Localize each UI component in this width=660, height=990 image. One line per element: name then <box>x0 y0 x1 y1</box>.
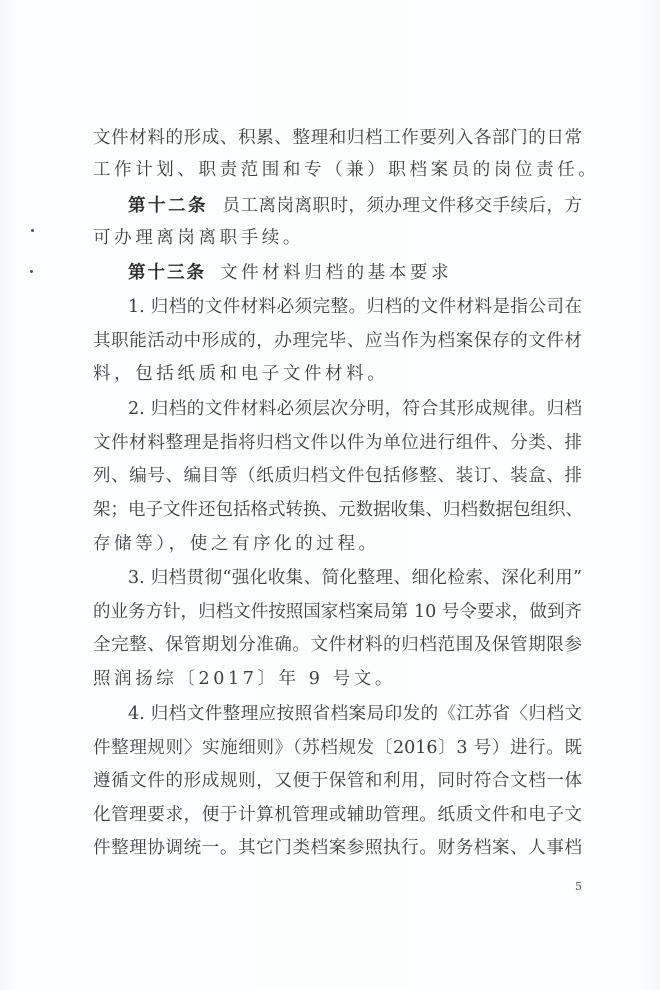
body-line: 化管理要求，便于计算机管理或辅助管理。纸质文件和电子文 <box>93 803 582 827</box>
body-line: 工作计划、职责范围和专（兼）职档案员的岗位责任。 <box>93 158 582 182</box>
body-line: 2. 归档的文件材料必须层次分明，符合其形成规律。归档 <box>128 397 582 421</box>
body-line: 文件材料的形成、积累、整理和归档工作要列入各部门的日常 <box>93 126 582 150</box>
body-line: 的业务方针，归档文件按照国家档案局第 10 号令要求，做到齐 <box>93 600 582 624</box>
body-line: 4. 归档文件整理应按照省档案局印发的《江苏省〈归档文 <box>128 702 582 726</box>
margin-mark <box>31 229 34 232</box>
body-line: 存储等），使之有序化的过程。 <box>93 532 582 556</box>
body-line: 文件材料整理是指将归档文件以件为单位进行组件、分类、排 <box>93 431 582 455</box>
body-line: 件整理协调统一。其它门类档案参照执行。财务档案、人事档 <box>93 836 582 860</box>
body-line: 可办理离岗离职手续。 <box>93 226 582 250</box>
body-line: 料，包括纸质和电子文件材料。 <box>93 362 582 386</box>
page-number: 5 <box>575 880 582 893</box>
article-heading: 第十二条 <box>128 196 208 216</box>
margin-mark <box>30 270 33 273</box>
body-line: 遵循文件的形成规则，又便于保管和利用，同时符合文档一体 <box>93 769 582 793</box>
body-line: 3. 归档贯彻“强化收集、简化整理、细化检索、深化利用” <box>128 566 582 590</box>
article-text: 文件材料归档的基本要求 <box>220 263 452 283</box>
body-line: 件整理规则〉实施细则》（苏档规发〔2016〕3 号）进行。既 <box>93 736 582 760</box>
body-line: 架；电子文件还包括格式转换、元数据收集、归档数据包组织、 <box>93 498 582 522</box>
article-text: 员工离岗离职时，须办理文件移交手续后，方 <box>222 196 582 216</box>
body-line: 全完整、保管期划分准确。文件材料的归档范围及保管期限参 <box>93 633 582 657</box>
document-page: 文件材料的形成、积累、整理和归档工作要列入各部门的日常 工作计划、职责范围和专（… <box>0 0 660 990</box>
body-line: 列、编号、编目等（纸质归档文件包括修整、装订、装盒、排 <box>93 464 582 488</box>
article-12: 第十二条员工离岗离职时，须办理文件移交手续后，方 <box>128 194 582 218</box>
body-line: 其职能活动中形成的，办理完毕、应当作为档案保存的文件材 <box>93 329 582 353</box>
article-13: 第十三条文件材料归档的基本要求 <box>128 261 582 285</box>
body-line: 1. 归档的文件材料必须完整。归档的文件材料是指公司在 <box>128 295 582 319</box>
article-heading: 第十三条 <box>128 263 206 283</box>
body-line: 照润扬综〔2017〕年 9 号文。 <box>93 667 582 691</box>
